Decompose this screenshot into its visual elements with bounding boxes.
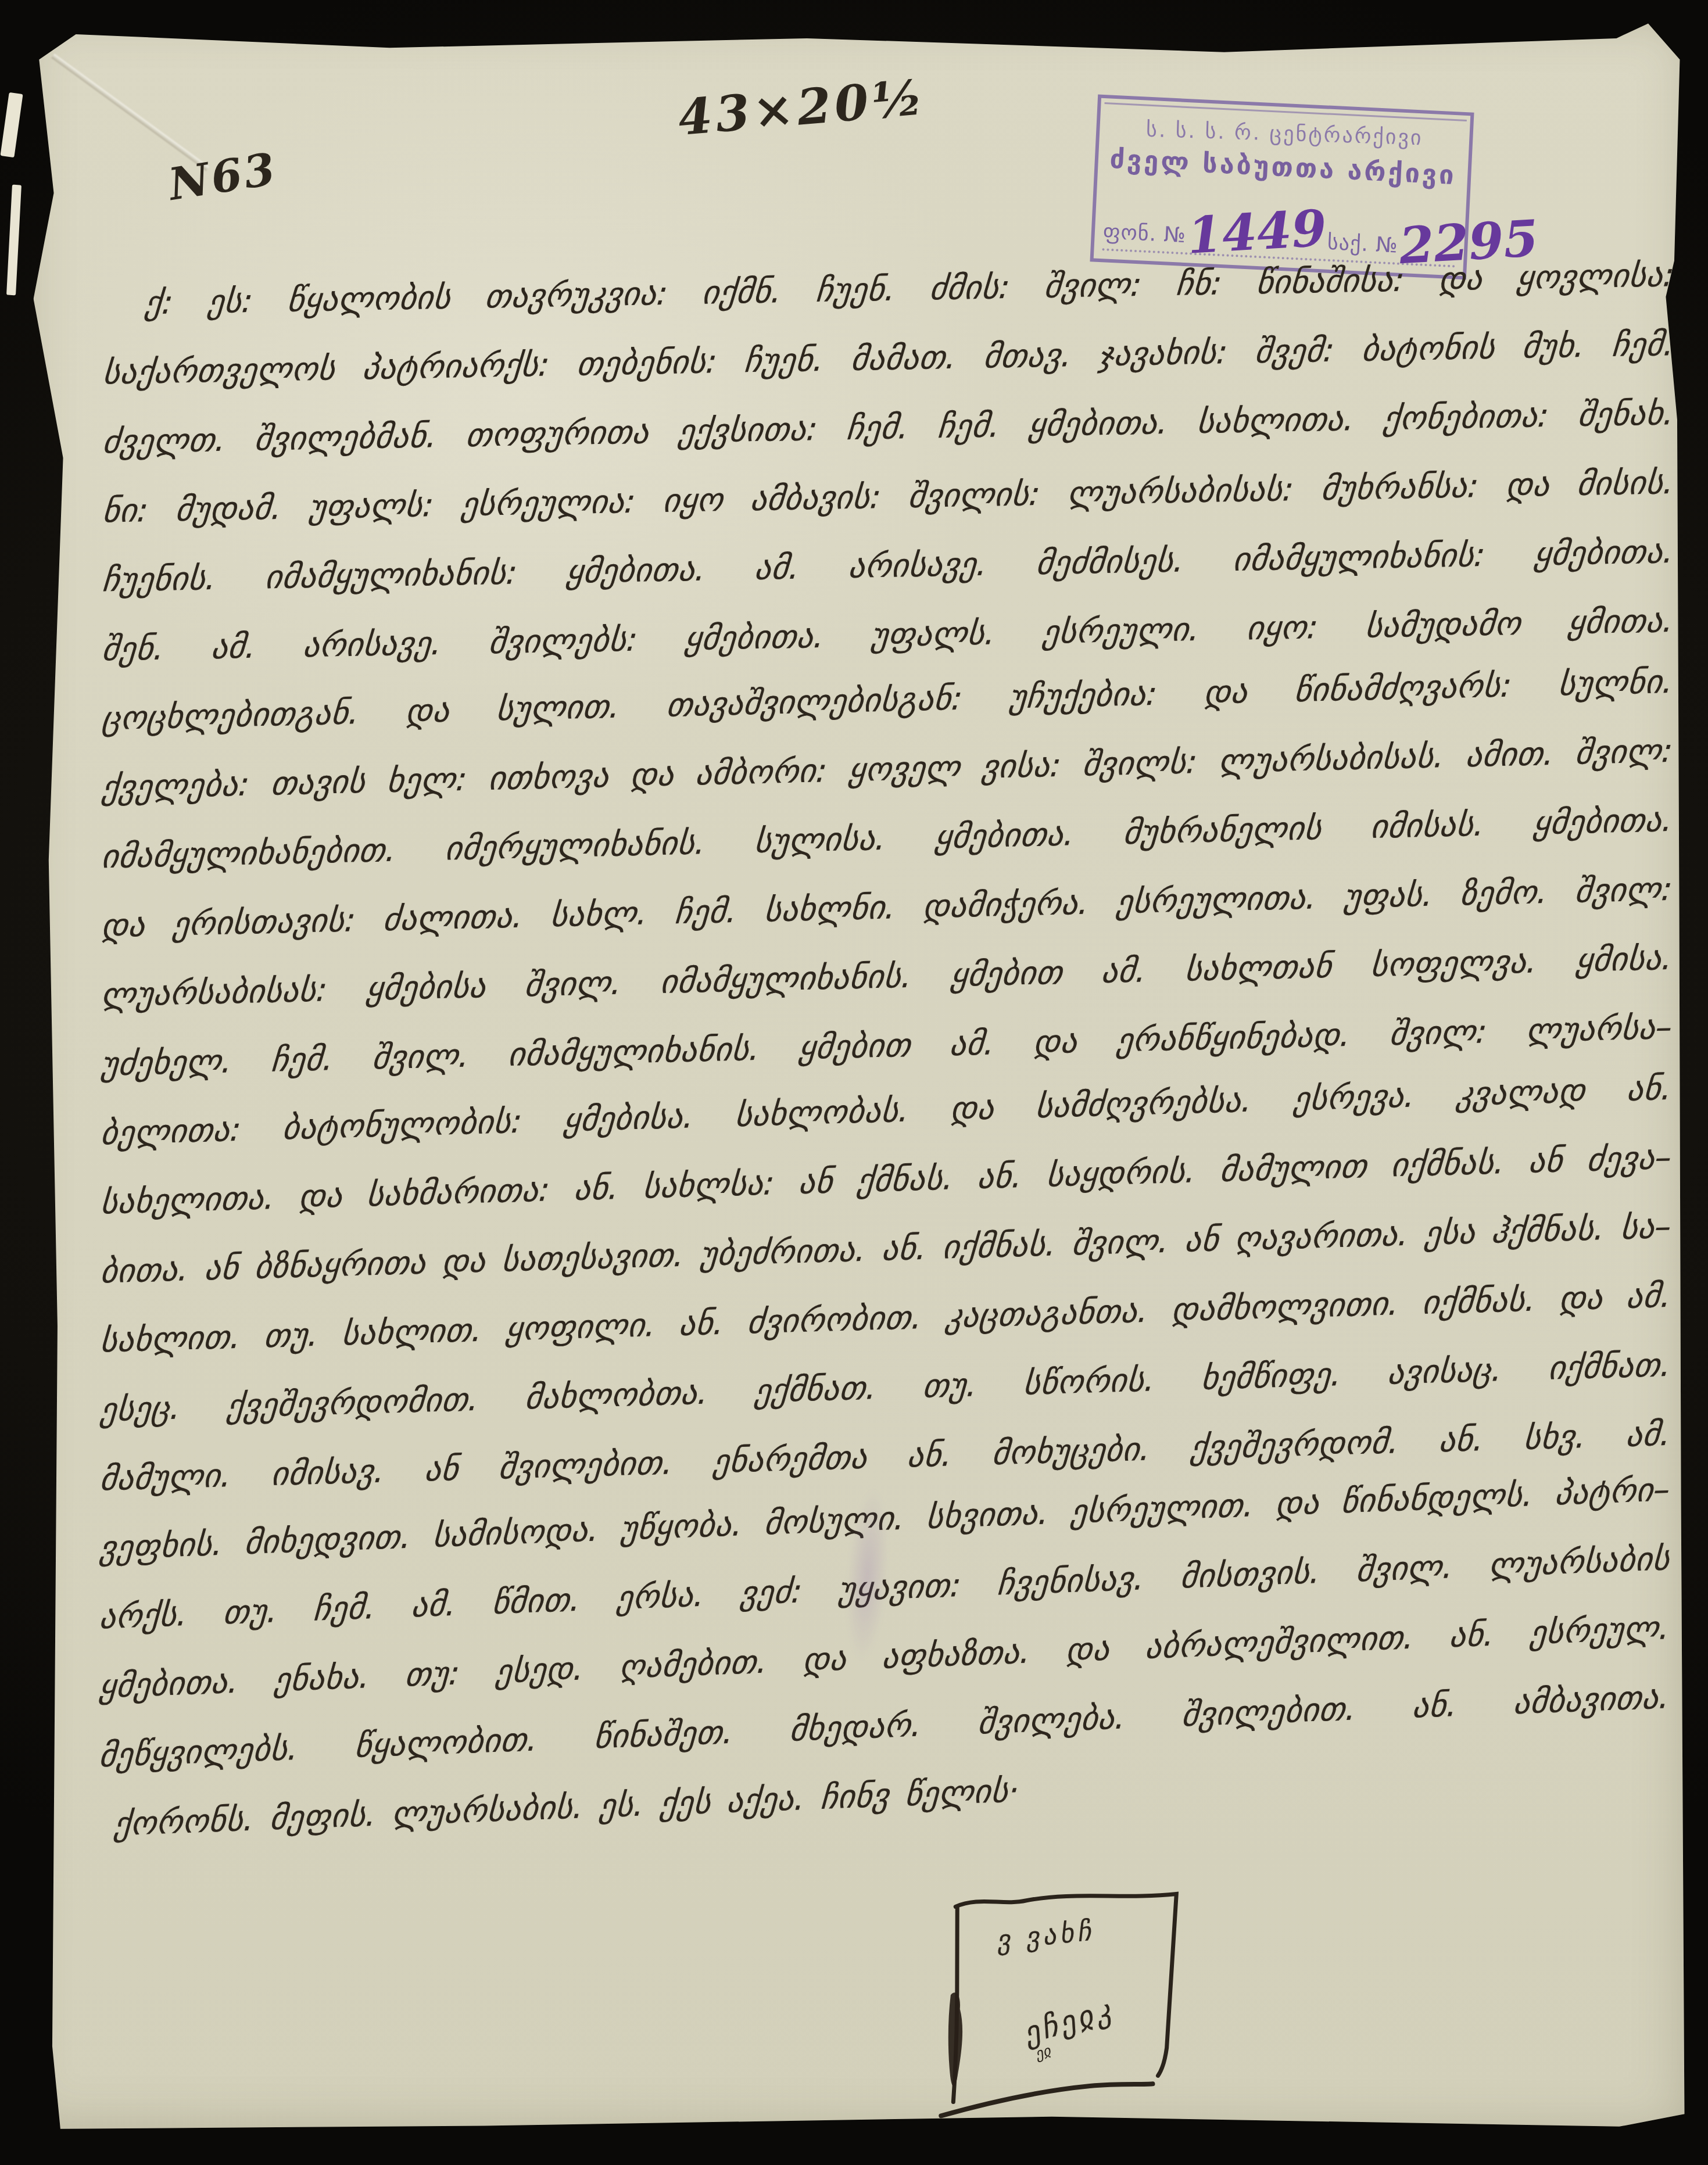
seal-box: ვ ვახჩ ეჩეჲკ ეჲ bbox=[937, 1874, 1211, 2133]
paper: 43×20½ N63 ს. ს. ს. რ. ცენტრარქივი ძველ … bbox=[17, 13, 1692, 2135]
stamp-line-2: ძველ საბუთთა არქივი bbox=[1098, 143, 1469, 191]
manuscript-text: ქ: ეს: წყალობის თავრუკვია: იქმნ. ჩუენ. ძ… bbox=[98, 285, 1673, 1880]
stamp-fond-number: 1449 bbox=[1186, 205, 1328, 259]
stamp-numbers-row: ფონ. № 1449 საქ. № 2295 bbox=[1102, 192, 1458, 267]
scan-background: 43×20½ N63 ს. ს. ს. რ. ცენტრარქივი ძველ … bbox=[0, 0, 1708, 2165]
size-annotation: 43×20½ bbox=[676, 67, 947, 147]
archive-stamp: ს. ს. ს. რ. ცენტრარქივი ძველ საბუთთა არქ… bbox=[1090, 95, 1474, 280]
paper-crease bbox=[51, 53, 209, 171]
stamp-case-label: საქ. № bbox=[1327, 231, 1399, 263]
torn-edge-sliver bbox=[0, 92, 23, 157]
torn-edge-sliver bbox=[6, 185, 22, 296]
ink-blot bbox=[948, 1992, 963, 2086]
stamp-fond-label: ფონ. № bbox=[1102, 220, 1187, 252]
